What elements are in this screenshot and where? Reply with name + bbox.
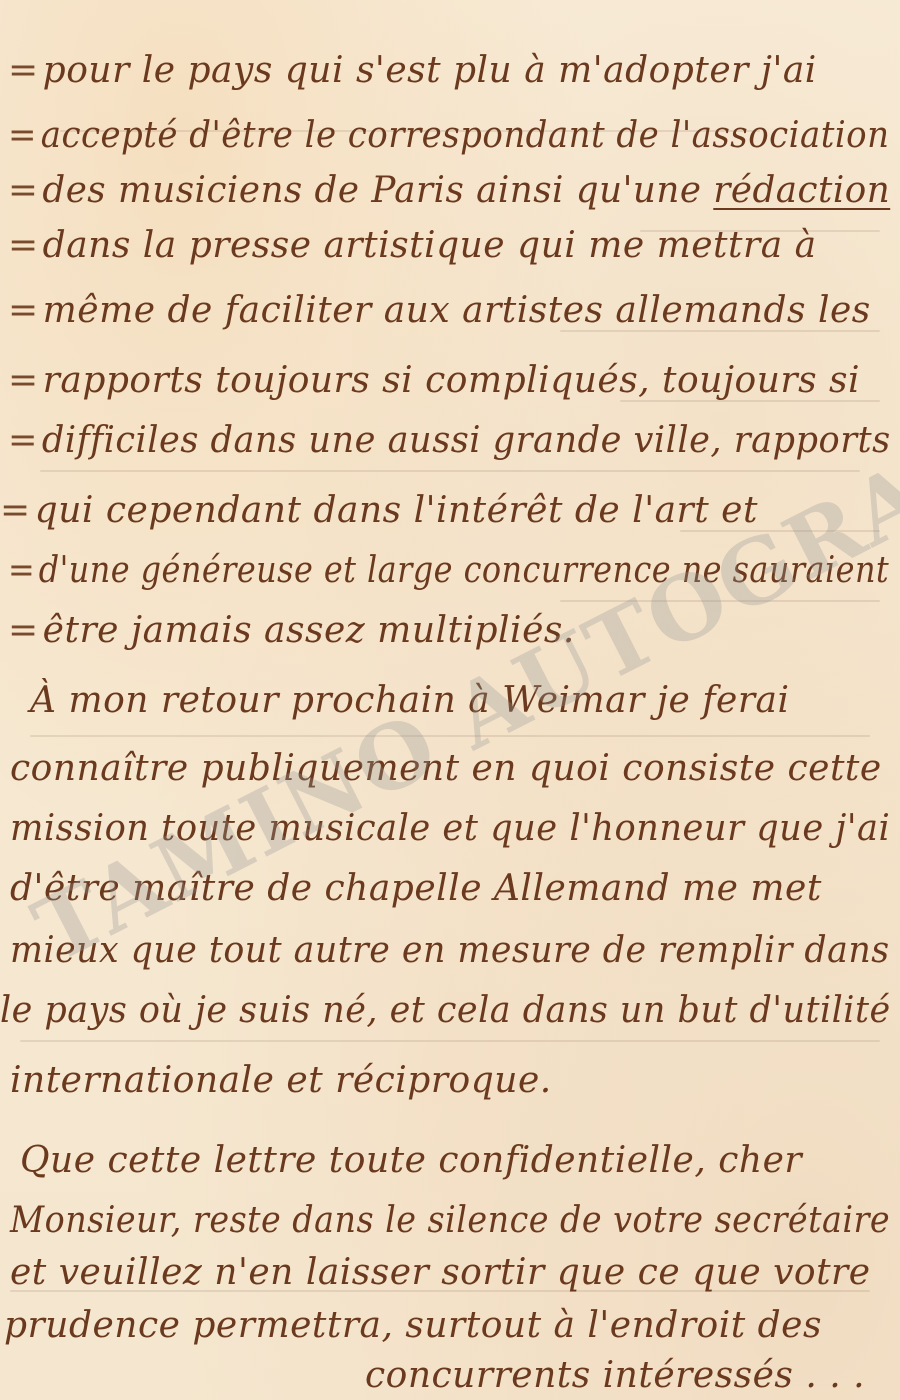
line-text: À mon retour prochain à Weimar je ferai <box>30 680 790 721</box>
handwritten-line: Monsieur, reste dans le silence de votre… <box>10 1200 890 1241</box>
handwritten-line: =difficiles dans une aussi grande ville,… <box>8 420 891 461</box>
handwritten-line: =même de faciliter aux artistes allemand… <box>8 290 871 331</box>
line-continuation-mark: = <box>0 490 31 531</box>
handwritten-line: =des musiciens de Paris ainsi qu'une réd… <box>8 170 890 211</box>
line-text: Que cette lettre toute confidentielle, c… <box>20 1140 802 1181</box>
line-continuation-mark: = <box>8 550 35 591</box>
handwritten-line: le pays où je suis né, et cela dans un b… <box>0 990 891 1031</box>
line-text: mission toute musicale et que l'honneur … <box>10 808 890 849</box>
line-text: connaître publiquement en quoi consiste … <box>10 748 882 789</box>
line-text: être jamais assez multipliés. <box>43 610 575 651</box>
handwritten-line: et veuillez n'en laisser sortir que ce q… <box>10 1252 871 1293</box>
line-continuation-mark: = <box>8 420 38 461</box>
line-text: des musiciens de Paris ainsi qu'une <box>42 170 713 211</box>
line-text: le pays où je suis né, et cela dans un b… <box>0 990 891 1031</box>
line-text: d'être maître de chapelle Allemand me me… <box>10 868 822 909</box>
line-continuation-mark: = <box>8 360 39 401</box>
handwritten-line: connaître publiquement en quoi consiste … <box>10 748 882 789</box>
line-text: concurrents intéressés . . . <box>365 1355 865 1396</box>
line-text: d'une généreuse et large concurrence ne … <box>39 550 889 591</box>
handwritten-line: =d'une généreuse et large concurrence ne… <box>8 550 889 591</box>
line-text: et veuillez n'en laisser sortir que ce q… <box>10 1252 871 1293</box>
handwritten-line: mieux que tout autre en mesure de rempli… <box>10 930 890 971</box>
line-text: accepté d'être le correspondant de l'ass… <box>41 115 890 156</box>
line-text: Monsieur, reste dans le silence de votre… <box>10 1200 890 1241</box>
line-text: difficiles dans une aussi grande ville, … <box>42 420 891 461</box>
line-text: même de faciliter aux artistes allemands… <box>43 290 871 331</box>
handwritten-line: =être jamais assez multipliés. <box>8 610 575 651</box>
line-continuation-mark: = <box>8 610 39 651</box>
line-text: prudence permettra, surtout à l'endroit … <box>4 1305 822 1346</box>
line-text: dans la presse artistique qui me mettra … <box>43 225 817 266</box>
line-continuation-mark: = <box>8 115 37 156</box>
line-continuation-mark: = <box>8 50 39 91</box>
handwritten-line: mission toute musicale et que l'honneur … <box>10 808 890 849</box>
line-continuation-mark: = <box>8 170 38 211</box>
handwritten-line: =qui cependant dans l'intérêt de l'art e… <box>0 490 758 531</box>
handwritten-line: d'être maître de chapelle Allemand me me… <box>10 868 822 909</box>
handwritten-line: internationale et réciproque. <box>10 1060 552 1101</box>
line-continuation-mark: = <box>8 225 39 266</box>
handwritten-line: =accepté d'être le correspondant de l'as… <box>8 115 889 156</box>
line-text: internationale et réciproque. <box>10 1060 552 1101</box>
handwritten-line: =rapports toujours si compliqués, toujou… <box>8 360 860 401</box>
handwritten-line: =dans la presse artistique qui me mettra… <box>8 225 817 266</box>
handwritten-line: À mon retour prochain à Weimar je ferai <box>30 680 790 721</box>
line-text: qui cependant dans l'intérêt de l'art et <box>35 490 758 531</box>
line-text: pour le pays qui s'est plu à m'adopter j… <box>43 50 817 91</box>
line-text: mieux que tout autre en mesure de rempli… <box>10 930 890 971</box>
handwritten-line: concurrents intéressés . . . <box>365 1355 865 1396</box>
line-continuation-mark: = <box>8 290 39 331</box>
handwritten-line: prudence permettra, surtout à l'endroit … <box>4 1305 822 1346</box>
handwritten-line: Que cette lettre toute confidentielle, c… <box>20 1140 802 1181</box>
underlined-word: rédaction <box>713 170 890 211</box>
line-text: rapports toujours si compliqués, toujour… <box>43 360 860 401</box>
letter-page: =pour le pays qui s'est plu à m'adopter … <box>0 0 900 1400</box>
handwritten-line: =pour le pays qui s'est plu à m'adopter … <box>8 50 817 91</box>
